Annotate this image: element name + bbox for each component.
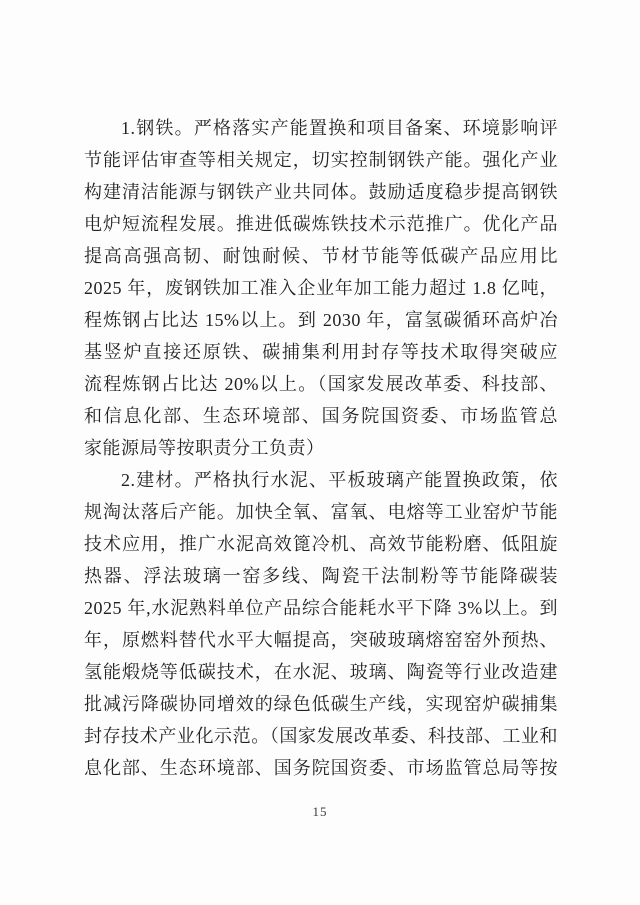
text-line: 程炼钢占比达 15%以上。到 2030 年，富氢碳循环高炉冶炼、氢 (84, 304, 558, 336)
text-line: 热器、浮法玻璃一窑多线、陶瓷干法制粉等节能降碳装备。到 (84, 560, 558, 592)
page-number: 15 (0, 804, 640, 820)
text-line: 1.钢铁。严格落实产能置换和项目备案、环境影响评价、 (84, 112, 558, 144)
text-line: 提高高强高韧、耐蚀耐候、节材节能等低碳产品应用比例。到 (84, 240, 558, 272)
text-line: 基竖炉直接还原铁、碳捕集利用封存等技术取得突破应用，短 (84, 336, 558, 368)
document-page: 1.钢铁。严格落实产能置换和项目备案、环境影响评价、节能评估审查等相关规定，切实… (0, 0, 640, 905)
text-line: 年，原燃料替代水平大幅提高，突破玻璃熔窑窑外预热、窑炉 (84, 624, 558, 656)
text-line: 节能评估审查等相关规定，切实控制钢铁产能。强化产业协同， (84, 144, 558, 176)
text-line: 构建清洁能源与钢铁产业共同体。鼓励适度稳步提高钢铁先进 (84, 176, 558, 208)
paragraph-building-materials: 2.建材。严格执行水泥、平板玻璃产能置换政策，依法依规淘汰落后产能。加快全氧、富… (84, 464, 558, 784)
text-line: 家能源局等按职责分工负责） (84, 432, 558, 464)
text-line: 封存技术产业化示范。（国家发展改革委、科技部、工业和信 (84, 720, 558, 752)
text-line: 2025 年，废钢铁加工准入企业年加工能力超过 1.8 亿吨，短流 (84, 272, 558, 304)
text-line: 息化部、生态环境部、国务院国资委、市场监管总局等按职责 (84, 752, 558, 784)
text-line: 电炉短流程发展。推进低碳炼铁技术示范推广。优化产品结构， (84, 208, 558, 240)
paragraph-steel: 1.钢铁。严格落实产能置换和项目备案、环境影响评价、节能评估审查等相关规定，切实… (84, 112, 558, 464)
text-line: 规淘汰落后产能。加快全氧、富氧、电熔等工业窑炉节能降耗 (84, 496, 558, 528)
text-line: 批减污降碳协同增效的绿色低碳生产线，实现窑炉碳捕集利用 (84, 688, 558, 720)
text-line: 和信息化部、生态环境部、国务院国资委、市场监管总局、国 (84, 400, 558, 432)
text-line: 氢能煅烧等低碳技术，在水泥、玻璃、陶瓷等行业改造建设一 (84, 656, 558, 688)
text-body: 1.钢铁。严格落实产能置换和项目备案、环境影响评价、节能评估审查等相关规定，切实… (84, 112, 558, 784)
text-line: 2025 年,水泥熟料单位产品综合能耗水平下降 3%以上。到 2030 (84, 592, 558, 624)
text-line: 2.建材。严格执行水泥、平板玻璃产能置换政策，依法依 (84, 464, 558, 496)
text-line: 技术应用，推广水泥高效篦冷机、高效节能粉磨、低阻旋风预 (84, 528, 558, 560)
text-line: 流程炼钢占比达 20%以上。（国家发展改革委、科技部、工业 (84, 368, 558, 400)
